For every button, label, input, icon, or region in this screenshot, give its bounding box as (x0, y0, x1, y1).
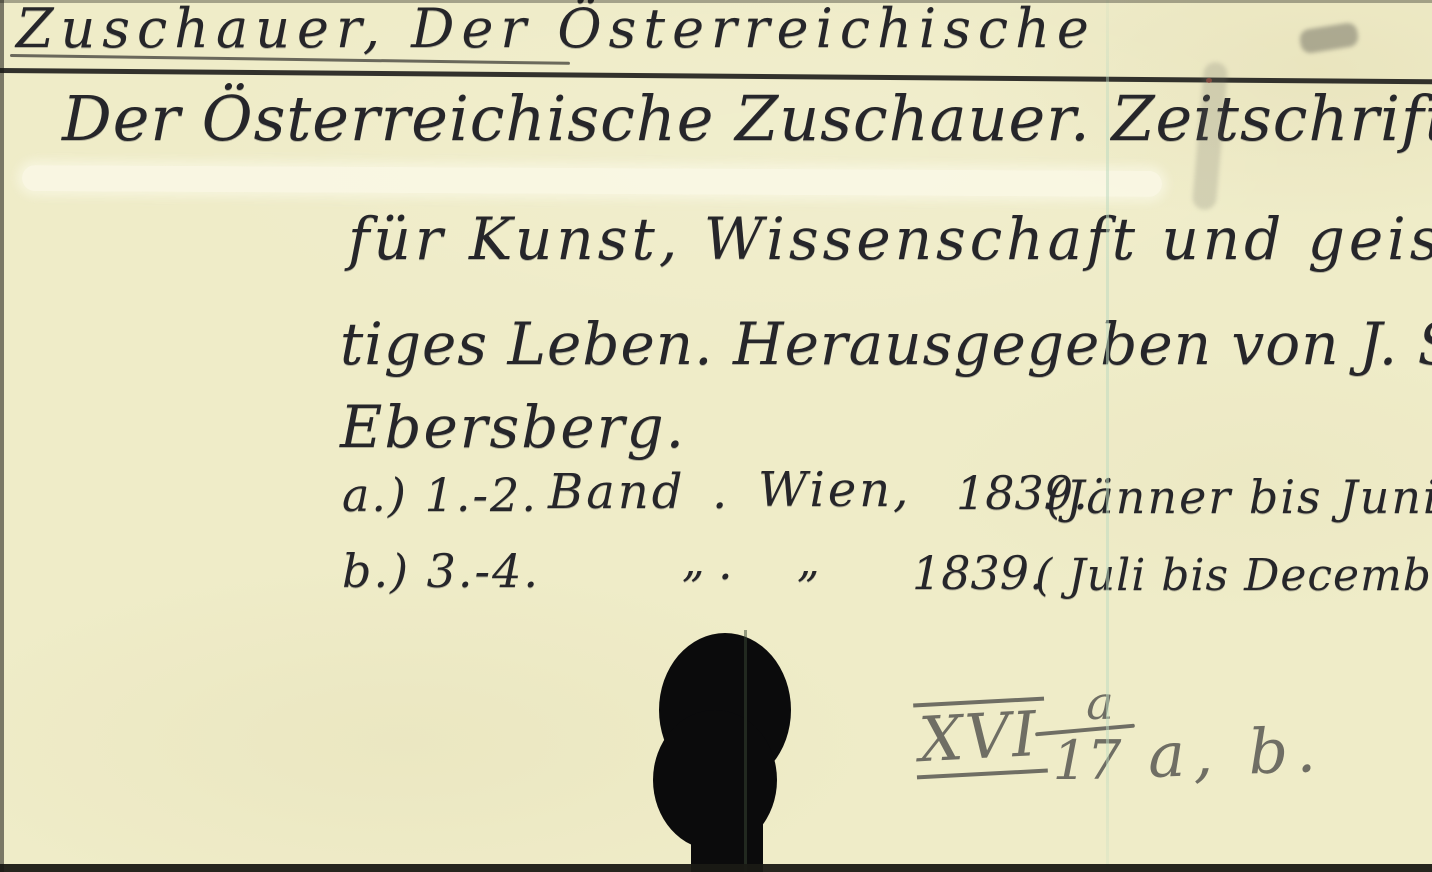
bottom-scan-edge (0, 864, 1432, 872)
body-line-4: Ebersberg. (340, 398, 686, 456)
entry-a-months: (Jänner bis Juni.) (1046, 474, 1432, 520)
entry-b-year: 1839. (912, 550, 1044, 596)
top-scan-edge (0, 0, 1432, 3)
entry-a-band-dot: . (712, 468, 727, 516)
ink-smudge-heading-end (1298, 22, 1359, 55)
shelfmark-suffix: a, b. (1147, 719, 1325, 787)
shelfmark-denominator: 17 (1034, 734, 1140, 788)
entry-b-ditto-band: „ (682, 540, 705, 584)
punch-hole-silhouette (645, 630, 800, 872)
entry-a-band: Band (548, 468, 686, 516)
entry-b-label: b.) 3.-4. (342, 548, 540, 594)
entry-b-ditto-place: „ (797, 540, 820, 584)
body-line-1: Der Österreichische Zuschauer. Zeitschri… (62, 88, 1432, 150)
entry-b-dot: . (718, 540, 733, 586)
vertical-crease-line (1106, 0, 1109, 872)
body-line-3: tiges Leben. Herausgegeben von J. S. (340, 315, 1432, 373)
card-heading: Zuschauer, Der Österreichische (16, 2, 1096, 56)
punch-hole-shape (645, 630, 800, 872)
body-line-2: für Kunst, Wissenschaft und geis- (348, 210, 1432, 268)
shelfmark-roman: XVI (913, 697, 1048, 780)
erased-band (22, 165, 1162, 197)
entry-b-months: ( Juli bis December.) (1035, 554, 1432, 598)
left-scan-edge (0, 0, 4, 872)
entry-a-place: Wien, (758, 466, 911, 514)
shelfmark-numerator: a (1060, 680, 1140, 726)
shelfmark-fraction: a 17 (1030, 680, 1140, 788)
entry-a-label: a.) 1.-2. (342, 472, 538, 518)
catalog-card-scan: Zuschauer, Der Österreichische Der Öster… (0, 0, 1432, 872)
